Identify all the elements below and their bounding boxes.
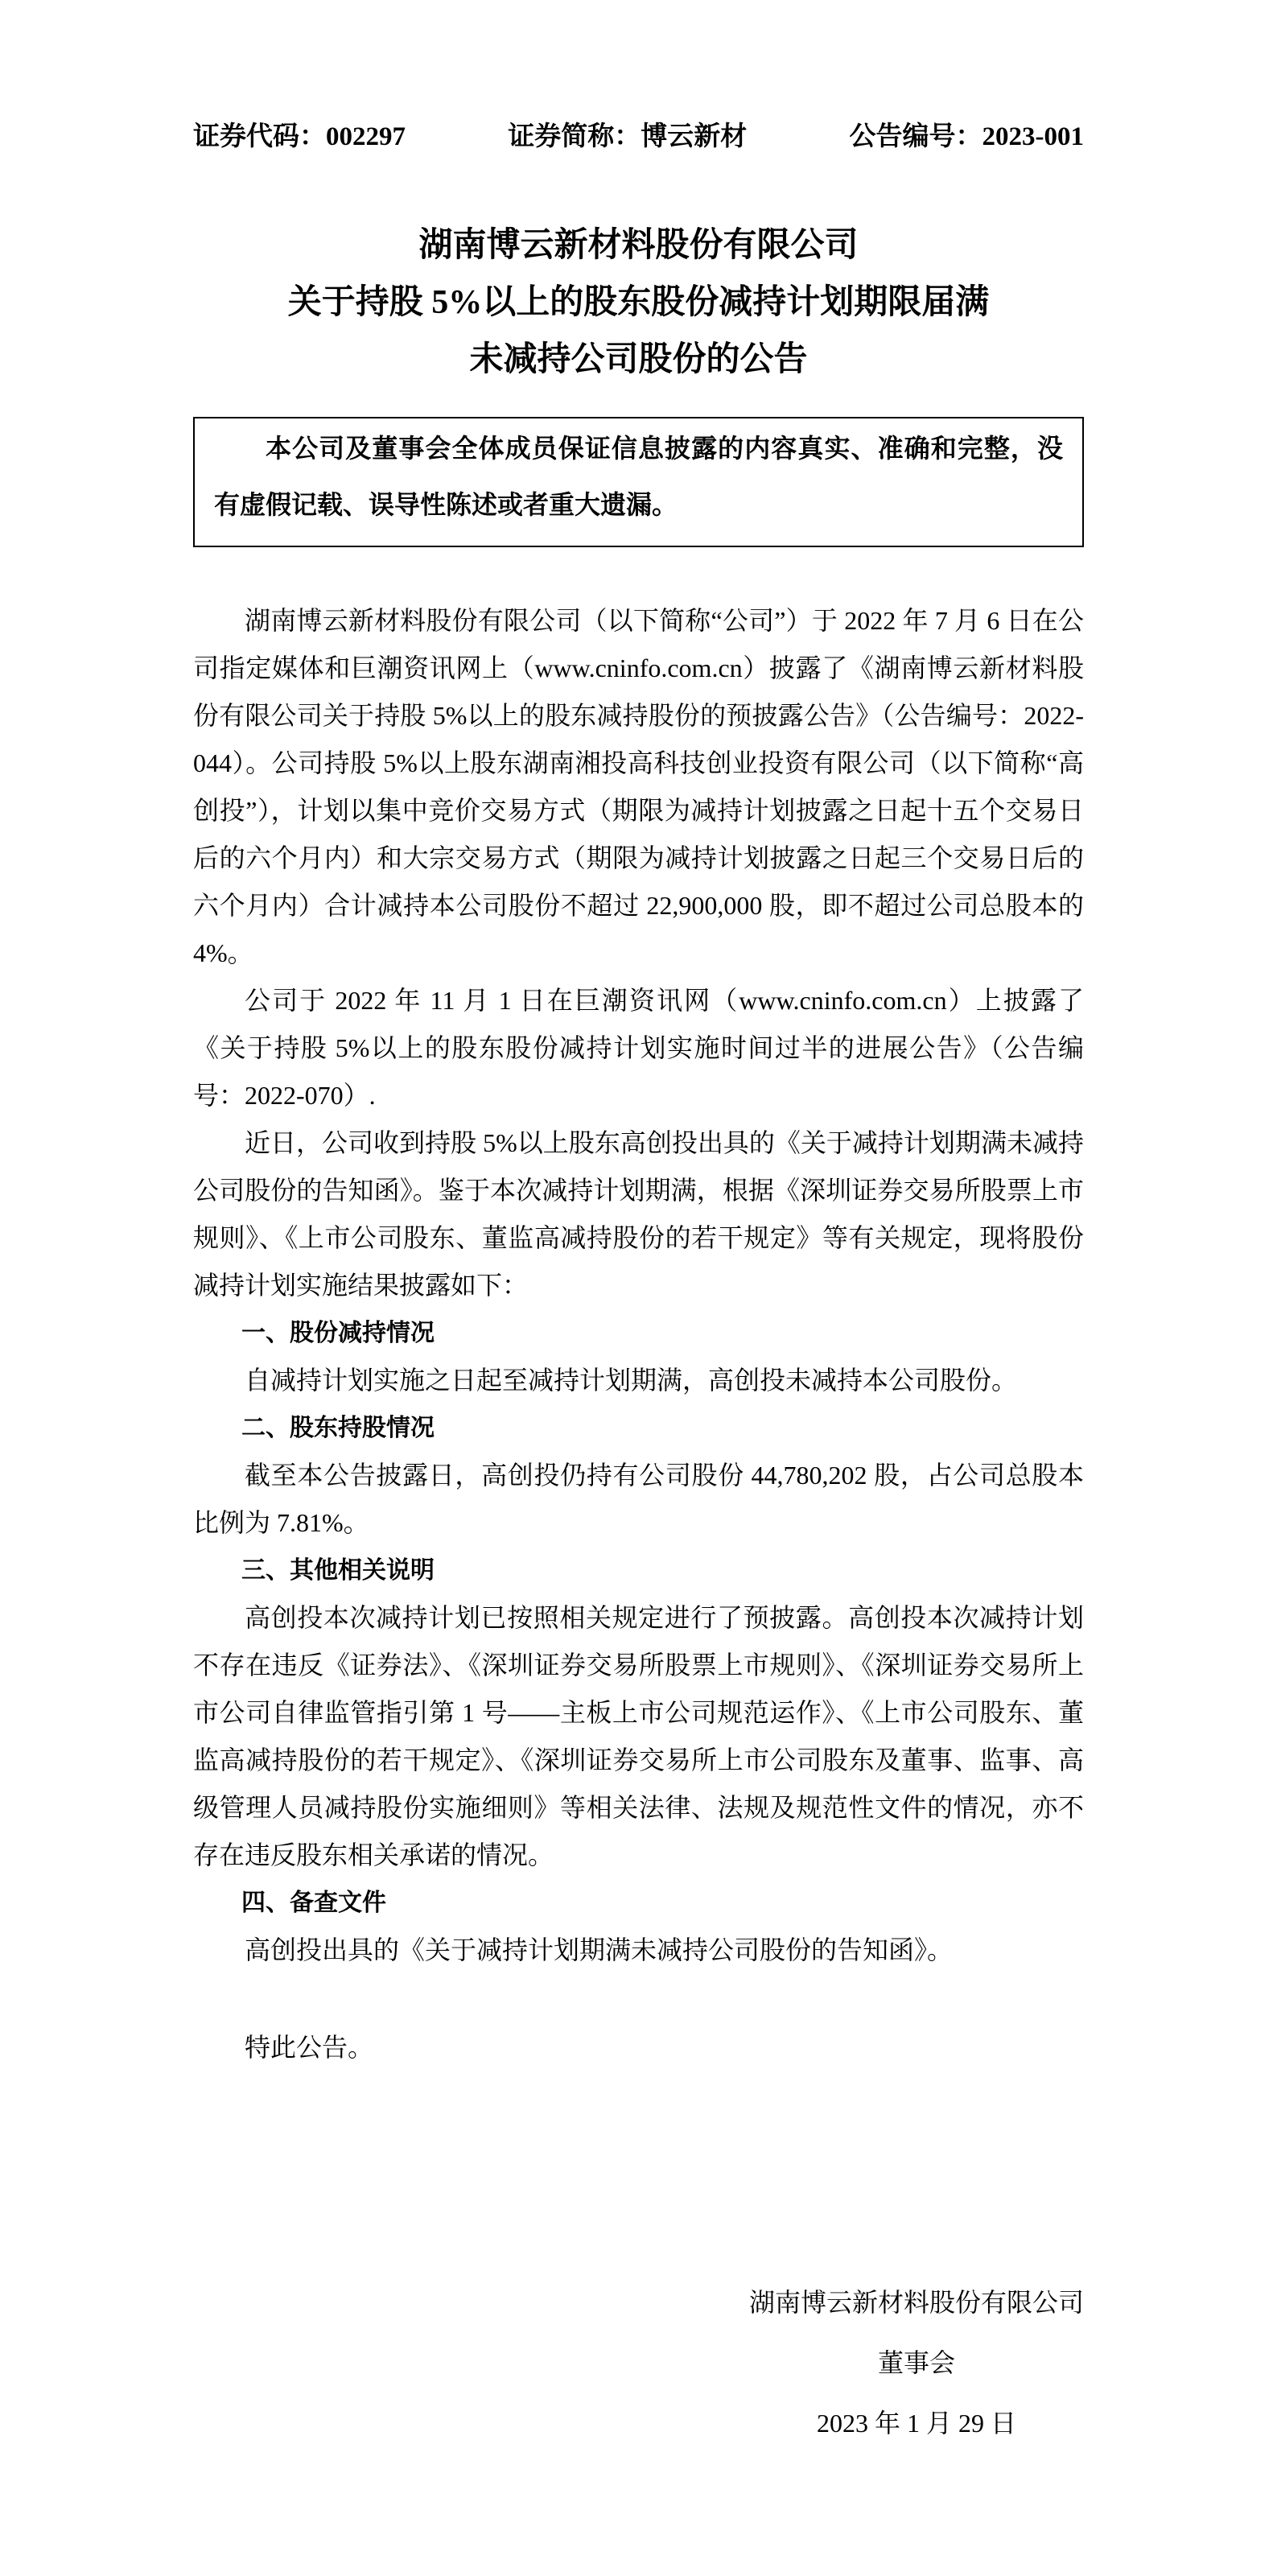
section-2-text: 截至本公告披露日，高创投仍持有公司股份 44,780,202 股，占公司总股本比… xyxy=(193,1452,1084,1547)
announcement-number: 公告编号：2023-001 xyxy=(850,119,1085,155)
signature-date: 2023 年 1 月 29 日 xyxy=(749,2393,1084,2454)
closing-statement: 特此公告。 xyxy=(193,2024,1084,2071)
disclaimer-box: 本公司及董事会全体成员保证信息披露的内容真实、准确和完整，没有虚假记载、误导性陈… xyxy=(193,417,1084,547)
announcement-page: 证券代码：002297 证券简称：博云新材 公告编号：2023-001 湖南博云… xyxy=(0,0,1277,2576)
section-3-text: 高创投本次减持计划已按照相关规定进行了预披露。高创投本次减持计划不存在违反《证券… xyxy=(193,1594,1084,1879)
title-line-subject-2: 未减持公司股份的公告 xyxy=(193,332,1084,389)
signature-board: 董事会 xyxy=(749,2333,1084,2393)
title-line-subject: 关于持股 5%以上的股东股份减持计划期限届满 xyxy=(193,274,1084,332)
stock-code: 证券代码：002297 xyxy=(193,119,406,155)
section-1-text: 自减持计划实施之日起至减持计划期满，高创投未减持本公司股份。 xyxy=(193,1357,1084,1404)
section-4-heading: 四、备查文件 xyxy=(193,1879,1084,1927)
section-4-text: 高创投出具的《关于减持计划期满未减持公司股份的告知函》。 xyxy=(193,1927,1084,1974)
paragraph-notice-received: 近日，公司收到持股 5%以上股东高创投出具的《关于减持计划期满未减持公司股份的告… xyxy=(193,1119,1084,1309)
signature-block: 湖南博云新材料股份有限公司 董事会 2023 年 1 月 29 日 xyxy=(749,2273,1084,2454)
document-body: 湖南博云新材料股份有限公司（以下简称“公司”）于 2022 年 7 月 6 日在… xyxy=(193,597,1084,2071)
document-header: 证券代码：002297 证券简称：博云新材 公告编号：2023-001 xyxy=(193,119,1084,155)
section-1-heading: 一、股份减持情况 xyxy=(193,1309,1084,1357)
document-title: 湖南博云新材料股份有限公司 关于持股 5%以上的股东股份减持计划期限届满 未减持… xyxy=(193,217,1084,389)
disclaimer-text: 本公司及董事会全体成员保证信息披露的内容真实、准确和完整，没有虚假记载、误导性陈… xyxy=(214,420,1063,533)
title-line-company: 湖南博云新材料股份有限公司 xyxy=(193,217,1084,274)
stock-abbreviation: 证券简称：博云新材 xyxy=(508,119,747,155)
section-2-heading: 二、股东持股情况 xyxy=(193,1404,1084,1452)
paragraph-predisclosure: 湖南博云新材料股份有限公司（以下简称“公司”）于 2022 年 7 月 6 日在… xyxy=(193,597,1084,977)
section-3-heading: 三、其他相关说明 xyxy=(193,1547,1084,1594)
paragraph-progress-announcement: 公司于 2022 年 11 月 1 日在巨潮资讯网（www.cninfo.com… xyxy=(193,977,1084,1119)
signature-company: 湖南博云新材料股份有限公司 xyxy=(749,2273,1084,2333)
